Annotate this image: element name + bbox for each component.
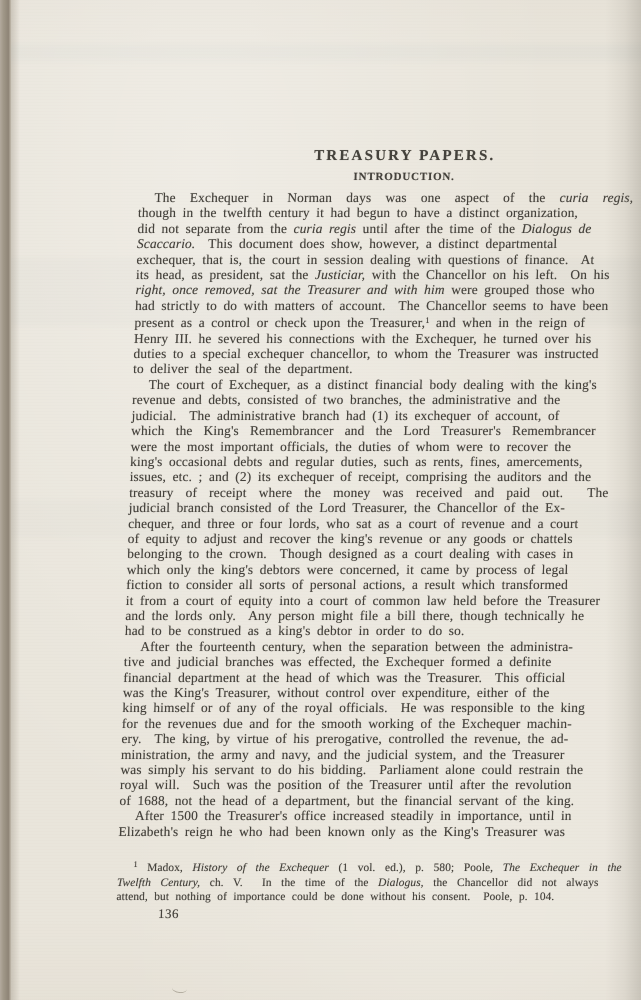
text-line: Elizabeth's reign he who had been known … bbox=[118, 824, 641, 839]
text-segment: royal will. Such was the position of the… bbox=[120, 777, 572, 792]
text-segment: its head, as president, sat the bbox=[136, 267, 315, 282]
text-line: was simply his servant to do his bidding… bbox=[120, 762, 641, 777]
text-segment: to deliver the seal of the department. bbox=[133, 361, 353, 376]
text-segment: Scaccario. bbox=[137, 236, 196, 251]
text-line: for the revenues due and for the smooth … bbox=[122, 716, 641, 731]
text-segment: king himself or of any of the royal offi… bbox=[122, 700, 585, 715]
text-segment: fiction to consider all sorts of persona… bbox=[126, 577, 568, 592]
text-line: chequer, and three or four lords, who sa… bbox=[128, 516, 641, 531]
text-segment: judicial branch consisted of the Lord Tr… bbox=[128, 500, 565, 515]
text-line: though in the twelfth century it had beg… bbox=[138, 205, 641, 220]
text-line: attend, but nothing of importance could … bbox=[116, 890, 641, 905]
text-segment: revenue and debts, consisted of two bran… bbox=[132, 392, 561, 407]
text-line: The court of Exchequer, as a distinct fi… bbox=[132, 377, 641, 392]
text-segment: with the Chancellor on his left. On his bbox=[365, 267, 610, 282]
text-segment: History of the Exchequer bbox=[192, 862, 329, 874]
text-segment: did not separate from the bbox=[137, 221, 294, 236]
text-line: Scaccario. This document does show, howe… bbox=[137, 236, 641, 251]
text-segment: it from a court of equity into a court o… bbox=[126, 593, 601, 608]
text-line: duties to a special exchequer chancellor… bbox=[133, 346, 641, 361]
text-segment: After 1500 the Treasurer's office increa… bbox=[135, 808, 572, 823]
text-segment: The Exchequer in Norman days was one asp… bbox=[154, 190, 560, 205]
text-line: of 1688, not the head of a department, b… bbox=[119, 793, 641, 808]
book-binding-edge bbox=[0, 0, 11, 1000]
text-segment: until after the time of the bbox=[356, 221, 522, 236]
page-number: 136 bbox=[158, 906, 641, 922]
text-segment: Madox, bbox=[137, 862, 192, 874]
text-segment: king's occasional debts and regular duti… bbox=[130, 454, 583, 469]
paragraph: The court of Exchequer, as a distinct fi… bbox=[125, 377, 641, 639]
text-segment: Elizabeth's reign he who had been known … bbox=[118, 824, 565, 839]
text-segment: tive and judicial branches was effected,… bbox=[124, 654, 552, 669]
text-segment: and when in the reign of bbox=[429, 315, 585, 330]
text-segment: had strictly to do with matters of accou… bbox=[135, 298, 609, 313]
text-segment: ch. V. In the time of the bbox=[200, 877, 378, 889]
text-line: king himself or of any of the royal offi… bbox=[122, 700, 641, 715]
text-line: had to be construed as a king's debtor i… bbox=[125, 623, 641, 638]
binding-shadow bbox=[11, 0, 20, 1000]
text-line: revenue and debts, consisted of two bran… bbox=[132, 392, 641, 407]
text-segment: exchequer, that is, the court in session… bbox=[136, 252, 594, 267]
text-segment: which the King's Remembrancer and the Lo… bbox=[131, 423, 596, 438]
text-segment: for the revenues due and for the smooth … bbox=[122, 716, 572, 731]
text-line: which only the king's debtors were conce… bbox=[127, 562, 641, 577]
text-line: Twelfth Century, ch. V. In the time of t… bbox=[117, 876, 641, 891]
text-segment: After the fourteenth century, when the s… bbox=[140, 639, 573, 654]
text-segment: Dialogus, bbox=[378, 877, 424, 889]
text-line: and the lords only. Any person might fil… bbox=[125, 608, 641, 623]
text-line: royal will. Such was the position of the… bbox=[120, 777, 641, 792]
text-line: to deliver the seal of the department. bbox=[133, 361, 641, 376]
text-line: issues, etc. ; and (2) its exchequer of … bbox=[129, 469, 641, 484]
text-line: which the King's Remembrancer and the Lo… bbox=[131, 423, 641, 438]
text-line: 1 Madox, History of the Exchequer (1 vol… bbox=[117, 857, 641, 876]
text-line: After 1500 the Treasurer's office increa… bbox=[119, 808, 641, 823]
text-segment: curia regis, bbox=[559, 190, 633, 205]
text-line: were the most important officials, the d… bbox=[130, 439, 641, 454]
text-segment: The court of Exchequer, as a distinct fi… bbox=[148, 377, 597, 392]
text-segment: (1 vol. ed.), p. 580; Poole, bbox=[329, 862, 503, 874]
section-heading: INTRODUCTION. bbox=[139, 171, 641, 183]
text-line: judicial branch consisted of the Lord Tr… bbox=[128, 500, 641, 515]
text-line: fiction to consider all sorts of persona… bbox=[126, 577, 641, 592]
text-line: The Exchequer in Norman days was one asp… bbox=[138, 190, 641, 205]
text-segment: of 1688, not the head of a department, b… bbox=[119, 793, 574, 808]
text-segment: was simply his servant to do his bidding… bbox=[120, 762, 583, 777]
text-line: exchequer, that is, the court in session… bbox=[136, 252, 641, 267]
paragraph: After 1500 the Treasurer's office increa… bbox=[118, 808, 641, 839]
text-segment: present as a control or check upon the T… bbox=[134, 315, 425, 330]
text-line: had strictly to do with matters of accou… bbox=[135, 298, 641, 313]
body-text: The Exchequer in Norman days was one asp… bbox=[118, 190, 641, 839]
text-segment: judicial. The administrative branch had … bbox=[131, 408, 559, 423]
text-segment: Justiciar, bbox=[315, 267, 366, 282]
text-line: king's occasional debts and regular duti… bbox=[130, 454, 641, 469]
text-segment: right, once removed, sat the Treasurer a… bbox=[135, 282, 445, 297]
text-segment: treasury of receipt where the money was … bbox=[129, 485, 609, 500]
text-segment: had to be construed as a king's debtor i… bbox=[125, 623, 465, 638]
text-segment: a bbox=[633, 190, 641, 205]
text-segment: Twelfth Century, bbox=[117, 877, 201, 889]
text-segment: financial department at the head of whic… bbox=[123, 670, 566, 685]
text-line: did not separate from the curia regis un… bbox=[137, 221, 641, 236]
scanned-page: TREASURY PAPERS. INTRODUCTION. The Exche… bbox=[0, 0, 641, 1000]
text-segment: the Chancellor did not always bbox=[423, 877, 598, 889]
text-segment: Dialogus de bbox=[521, 221, 591, 236]
footnote: 1 Madox, History of the Exchequer (1 vol… bbox=[116, 857, 641, 905]
text-segment: chequer, and three or four lords, who sa… bbox=[128, 516, 579, 531]
text-line: its head, as president, sat the Justicia… bbox=[136, 267, 641, 282]
text-line: of equity to adjust and recover the king… bbox=[128, 531, 641, 546]
text-line: present as a control or check upon the T… bbox=[134, 313, 641, 330]
text-line: financial department at the head of whic… bbox=[123, 670, 641, 685]
text-line: ery. The king, by virtue of his prerogat… bbox=[121, 731, 641, 746]
text-segment: ery. The king, by virtue of his prerogat… bbox=[121, 731, 568, 746]
paragraph: After the fourteenth century, when the s… bbox=[119, 639, 641, 808]
text-segment: of equity to adjust and recover the king… bbox=[128, 531, 573, 546]
text-segment: attend, but nothing of importance could … bbox=[116, 891, 554, 903]
text-segment: belonging to the crown. Though designed … bbox=[127, 546, 574, 561]
text-line: ministration, the army and navy, and the… bbox=[121, 747, 641, 762]
ink-mark bbox=[172, 983, 188, 994]
text-line: belonging to the crown. Though designed … bbox=[127, 546, 641, 561]
text-segment: were the most important officials, the d… bbox=[130, 439, 571, 454]
text-segment: was the King's Treasurer, without contro… bbox=[123, 685, 550, 700]
text-line: After the fourteenth century, when the s… bbox=[124, 639, 641, 654]
text-line: Henry III. he severed his connections wi… bbox=[134, 331, 641, 346]
text-segment: and the lords only. Any person might fil… bbox=[125, 608, 584, 623]
text-line: treasury of receipt where the money was … bbox=[129, 485, 641, 500]
text-segment: though in the twelfth century it had beg… bbox=[138, 205, 579, 220]
text-segment: which only the king's debtors were conce… bbox=[127, 562, 569, 577]
text-segment: curia regis bbox=[293, 221, 356, 236]
text-line: right, once removed, sat the Treasurer a… bbox=[135, 282, 641, 297]
text-segment: This document does show, however, a dist… bbox=[195, 236, 557, 251]
text-line: it from a court of equity into a court o… bbox=[126, 593, 641, 608]
text-segment: The Exchequer in the bbox=[503, 862, 622, 874]
page-content: TREASURY PAPERS. INTRODUCTION. The Exche… bbox=[116, 149, 641, 922]
document-title: TREASURY PAPERS. bbox=[140, 149, 641, 164]
text-segment: duties to a special exchequer chancellor… bbox=[133, 346, 599, 361]
paragraph: The Exchequer in Norman days was one asp… bbox=[133, 190, 641, 377]
text-segment: Henry III. he severed his connections wi… bbox=[134, 331, 592, 346]
text-segment: ministration, the army and navy, and the… bbox=[121, 747, 565, 762]
text-line: judicial. The administrative branch had … bbox=[131, 408, 641, 423]
text-segment: issues, etc. ; and (2) its exchequer of … bbox=[129, 469, 591, 484]
text-segment: were grouped those who bbox=[444, 282, 595, 297]
text-line: tive and judicial branches was effected,… bbox=[124, 654, 641, 669]
text-line: was the King's Treasurer, without contro… bbox=[123, 685, 641, 700]
